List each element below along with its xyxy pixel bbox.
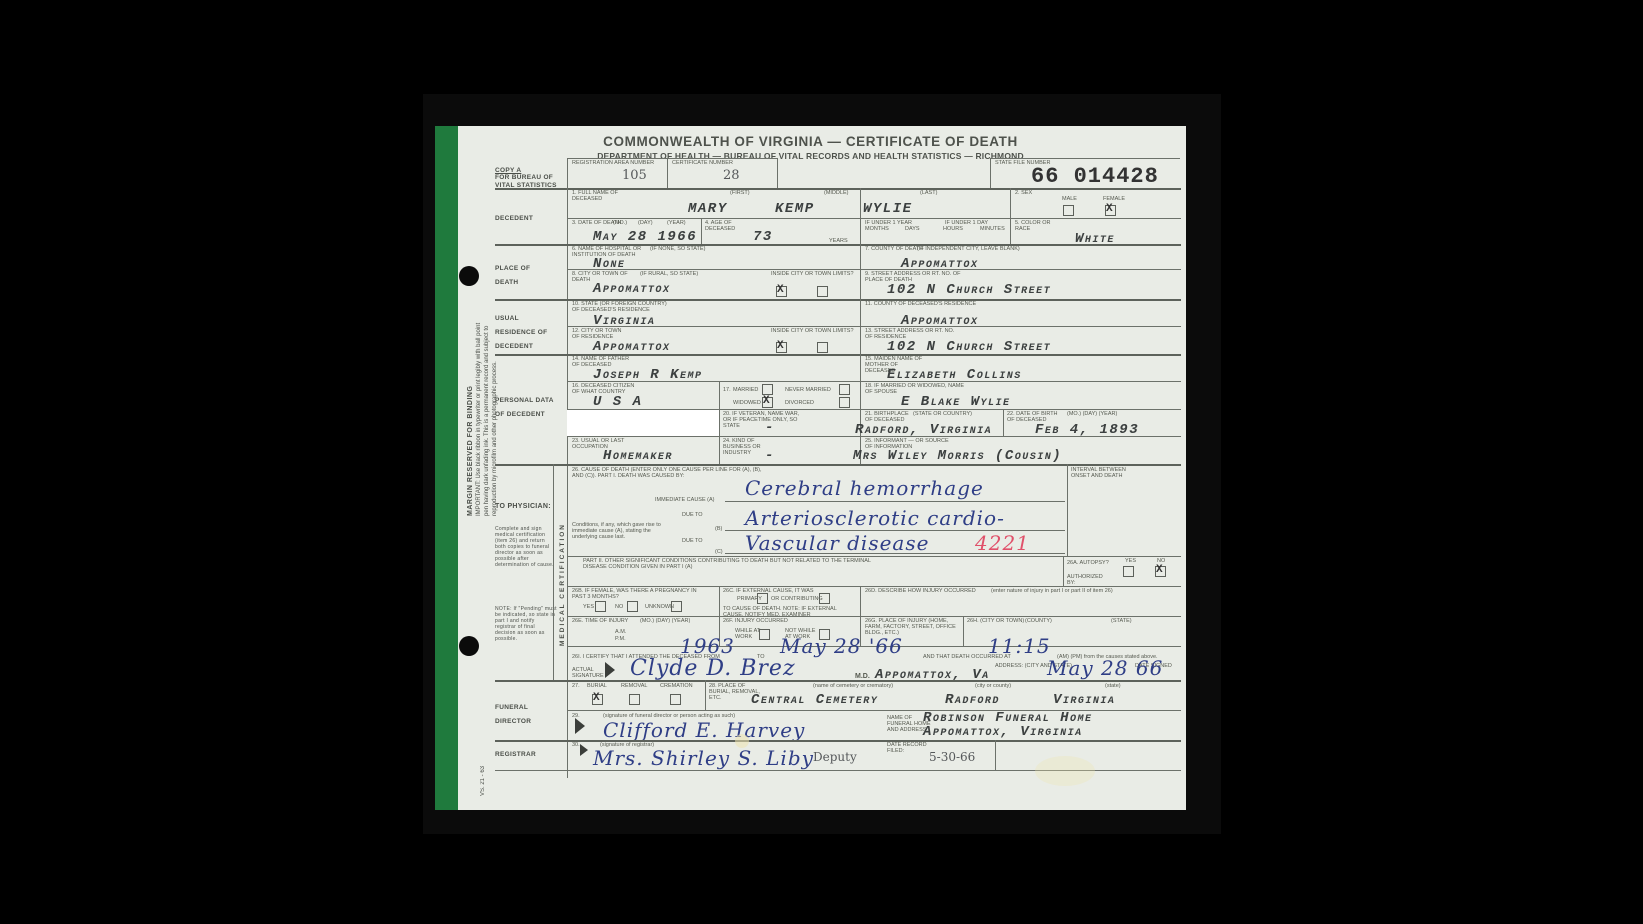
minutes-label: minutes [980, 226, 1005, 232]
authorized-label: AUTHORIZED BY: [1067, 574, 1107, 586]
race-label: 5. COLOR OR RACE [1015, 220, 1055, 232]
signature-arrow-icon [605, 662, 615, 678]
middle-name-value: KEMP [775, 201, 815, 217]
autopsy-no-checkbox[interactable] [1155, 566, 1166, 577]
autopsy-yes-checkbox[interactable] [1123, 566, 1134, 577]
time-of-injury-hint: (mo.) (day) (year) [640, 618, 690, 624]
document-subtitle: DEPARTMENT OF HEALTH — BUREAU OF VITAL R… [435, 151, 1186, 161]
cause-label: 26. CAUSE OF DEATH (Enter only one cause… [572, 467, 772, 479]
death-time-value: 11:15 [988, 634, 1051, 658]
dod-year-label: (year) [667, 220, 686, 226]
certificate-number-value: 28 [723, 168, 740, 183]
divorced-label: DIVORCED [785, 400, 814, 406]
age-value: 73 [753, 229, 773, 245]
street-of-death-value: 102 N Church Street [887, 282, 1051, 298]
funeral-arrow-icon [575, 718, 585, 734]
birthplace-value: Radford, Virginia [855, 422, 992, 438]
registration-area-value: 105 [622, 168, 647, 183]
city-limits-no-checkbox[interactable] [817, 286, 828, 297]
hospital-hint: (if none, so state) [650, 246, 705, 252]
county-of-death-label: 7. COUNTY OF DEATH [865, 246, 925, 252]
state-residence-label: 10. STATE (OR FOREIGN COUNTRY) OF DECEAS… [572, 301, 672, 313]
registrar-number: 30. [572, 742, 580, 748]
burial-city-value: Radford [945, 692, 1000, 708]
hospital-value: None [593, 256, 625, 272]
pregnancy-no-checkbox[interactable] [627, 601, 638, 612]
attended-to-value: May 28 '66 [780, 634, 903, 658]
punch-hole [459, 266, 479, 286]
cemetery-label: (name of cemetery or crematory) [813, 683, 893, 689]
redacted-field [567, 410, 719, 436]
married-checkbox[interactable] [762, 384, 773, 395]
county-of-death-hint: (if independent city, leave blank) [917, 246, 1020, 252]
pregnancy-label: 26b. IF FEMALE, WAS THERE A PREGNANCY IN… [572, 588, 702, 600]
registrar-title: Deputy [813, 750, 857, 764]
spouse-value: E Blake Wylie [901, 394, 1011, 410]
section-usual-residence: USUAL RESIDENCE OF DECEDENT [495, 312, 555, 354]
city-limits-yes-checkbox[interactable] [776, 286, 787, 297]
am-label: A.M. [615, 629, 626, 635]
death-certificate: MARGIN RESERVED FOR BINDING IMPORTANT: U… [435, 126, 1186, 810]
informant-value: Mrs Wiley Morris (Cousin) [853, 448, 1062, 464]
never-married-checkbox[interactable] [839, 384, 850, 395]
widowed-label: WIDOWED [733, 400, 761, 406]
physician-signature: Clyde D. Brez [630, 656, 796, 681]
funeral-director-signature: Clifford E. Harvey [603, 718, 805, 742]
injury-county-label: (county) [1025, 618, 1052, 624]
widowed-checkbox[interactable] [762, 397, 773, 408]
dod-day-label: (day) [638, 220, 653, 226]
citizen-value: U S A [593, 394, 643, 410]
pregnancy-yes-checkbox[interactable] [595, 601, 606, 612]
removal-checkbox[interactable] [629, 694, 640, 705]
interval-label: INTERVAL BETWEEN ONSET AND DEATH [1071, 467, 1131, 479]
due-to-b-label: DUE TO [682, 512, 703, 518]
residence-limits-label: inside city or town limits? [771, 328, 854, 334]
cemetery-value: Central Cemetery [751, 692, 878, 708]
sex-male-label: male [1062, 196, 1077, 202]
binding-strip [435, 126, 458, 810]
never-married-label: NEVER MARRIED [785, 387, 831, 393]
cause-c-marker: (C) [715, 549, 723, 555]
conditions-note: Conditions, if any, which gave rise to i… [572, 522, 662, 540]
sex-label: 2. SEX [1015, 190, 1032, 196]
section-funeral-director: FUNERAL DIRECTOR [495, 701, 555, 729]
city-of-death-value: Appomattox [593, 281, 670, 297]
date-filed-value: 5-30-66 [929, 750, 975, 764]
while-at-work-checkbox[interactable] [759, 629, 770, 640]
autopsy-yes-label: yes [1125, 558, 1136, 564]
injury-occurred-label: 26f. INJURY OCCURRED [723, 618, 788, 624]
city-of-death-hint: (if rural, so state) [640, 271, 698, 277]
part2-label: PART II. OTHER SIGNIFICANT CONDITIONS CO… [583, 558, 883, 570]
section-place-of-death: PLACE OF DEATH [495, 262, 555, 290]
days-label: days [905, 226, 920, 232]
pregnancy-no-label: no [615, 604, 623, 610]
date-of-death-value: May 28 1966 [593, 229, 697, 245]
time-of-injury-label: 26e. TIME OF INJURY [572, 618, 628, 624]
due-to-c-label: DUE TO [682, 538, 703, 544]
cause-code: 4221 [975, 531, 1030, 555]
burial-city-label: (city or county) [975, 683, 1011, 689]
pregnancy-yes-label: yes [583, 604, 594, 610]
dob-value: Feb 4, 1893 [1035, 422, 1139, 438]
section-to-physician: TO PHYSICIAN: [495, 502, 555, 511]
attended-from-value: 1963 [680, 634, 735, 658]
last-name-value: WYLIE [863, 201, 913, 217]
sex-male-checkbox[interactable] [1063, 205, 1074, 216]
date-signed-value: May 28 66 [1047, 656, 1163, 680]
birthplace-hint: (state or country) [913, 411, 972, 417]
burial-state-label: (state) [1105, 683, 1121, 689]
punch-hole [459, 636, 479, 656]
describe-injury-label: 26d. DESCRIBE HOW INJURY OCCURRED [865, 588, 976, 594]
registrar-signature: Mrs. Shirley S. Liby [593, 746, 814, 770]
cause-a-value: Cerebral hemorrhage [745, 476, 984, 500]
removal-label: REMOVAL [621, 683, 648, 689]
city-limits-label: inside city or town limits? [771, 271, 854, 277]
physician-note: Complete and sign medical certification … [495, 526, 557, 568]
pregnancy-unknown-checkbox[interactable] [671, 601, 682, 612]
pm-label: P.M. [615, 636, 626, 642]
registrar-arrow-icon [580, 744, 588, 756]
injury-state-label: (state) [1111, 618, 1132, 624]
describe-injury-hint: (enter nature of injury in part I or par… [991, 588, 1113, 594]
immediate-cause-label: IMMEDIATE CAUSE (A) [655, 497, 715, 503]
section-decedent: DECEDENT [495, 212, 533, 226]
stain [1035, 756, 1095, 786]
pending-note: NOTE: If "Pending" must be indicated, so… [495, 606, 557, 642]
pregnancy-unknown-label: unknown [645, 604, 674, 610]
sex-female-checkbox[interactable] [1105, 205, 1116, 216]
race-value: White [1075, 231, 1115, 247]
burial-checkbox[interactable] [592, 694, 603, 705]
county-residence-label: 11. COUNTY OF DECEASED'S RESIDENCE [865, 301, 1025, 307]
county-of-death-value: Appomattox [901, 256, 978, 272]
hours-label: hours [943, 226, 963, 232]
funeral-home-address: Appomattox, Virginia [923, 724, 1083, 740]
external-cause-label: 26c. IF EXTERNAL CAUSE, IT WAS [723, 588, 814, 594]
cause-b-marker: (B) [715, 526, 722, 532]
city-residence-value: Appomattox [593, 339, 670, 355]
registration-area-label: REGISTRATION AREA NUMBER [572, 160, 654, 166]
margin-note-title: MARGIN RESERVED FOR BINDING [467, 386, 474, 516]
mother-value: Elizabeth Collins [887, 367, 1022, 383]
street-residence-value: 102 N Church Street [887, 339, 1051, 355]
certificate-number-label: CERTIFICATE NUMBER [672, 160, 733, 166]
stain [735, 734, 749, 748]
state-residence-value: Virginia [593, 313, 655, 329]
contributing-checkbox[interactable] [819, 593, 830, 604]
last-name-label: (last) [920, 190, 937, 196]
document-title: COMMONWEALTH OF VIRGINIA — CERTIFICATE O… [435, 134, 1186, 149]
cremation-checkbox[interactable] [670, 694, 681, 705]
residence-limits-yes-checkbox[interactable] [776, 342, 787, 353]
first-name-label: (first) [730, 190, 750, 196]
form-code: VS. 21 - 63 [479, 746, 487, 796]
dod-mo-label: (mo.) [613, 220, 627, 226]
burial-number: 27. [572, 683, 580, 689]
cause-c-value: Vascular disease [745, 531, 929, 555]
first-name-value: MARY [688, 201, 728, 217]
date-filed-label: DATE RECORD FILED: [887, 742, 927, 754]
cause-b-value: Arteriosclerotic cardio- [745, 506, 1005, 530]
age-unit: years [829, 238, 848, 244]
county-residence-value: Appomattox [901, 313, 978, 329]
state-file-number: 66 014428 [1031, 164, 1159, 189]
business-value: - [765, 448, 775, 464]
marital-number: 17. [723, 387, 731, 393]
primary-checkbox[interactable] [757, 593, 768, 604]
dob-hint: (mo.) (day) (year) [1067, 411, 1117, 417]
sex-female-label: female [1103, 196, 1125, 202]
section-medical-certification: MEDICAL CERTIFICATION [559, 516, 567, 646]
divorced-checkbox[interactable] [839, 397, 850, 408]
burial-state-value: Virginia [1053, 692, 1115, 708]
age-label: 4. AGE OF DECEASED [705, 220, 760, 232]
residence-limits-no-checkbox[interactable] [817, 342, 828, 353]
contributing-label: or CONTRIBUTING [771, 596, 823, 602]
physician-signature-label: ACTUAL SIGNATURE [572, 667, 602, 679]
father-value: Joseph R Kemp [593, 367, 703, 383]
married-label: MARRIED [733, 387, 758, 393]
veteran-value: - [765, 420, 775, 436]
section-personal-data: PERSONAL DATA OF DECEDENT [495, 394, 555, 422]
section-registrar: REGISTRAR [495, 748, 536, 762]
occupation-value: Homemaker [603, 448, 673, 464]
autopsy-label: 26a. AUTOPSY? [1067, 560, 1109, 566]
burial-label: BURIAL [587, 683, 607, 689]
cremation-label: CREMATION [660, 683, 693, 689]
months-label: months [865, 226, 889, 232]
full-name-label: 1. FULL NAME OF DECEASED [572, 190, 632, 202]
middle-name-label: (middle) [824, 190, 848, 196]
injury-city-label: 26h. (city or town) [967, 618, 1024, 624]
